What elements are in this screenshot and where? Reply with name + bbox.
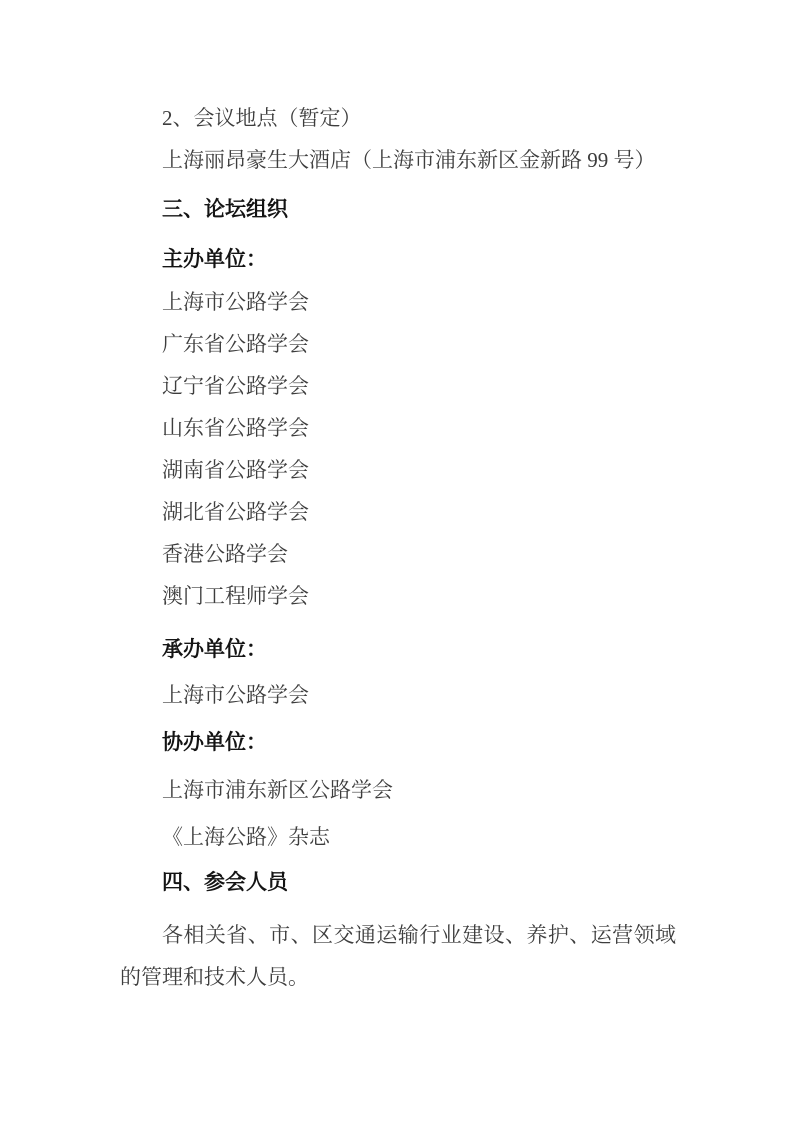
org-guangdong-highway-society: 广东省公路学会 bbox=[120, 323, 676, 365]
heading-participants: 四、参会人员 bbox=[120, 862, 676, 904]
org-organizer-shanghai-highway-society: 上海市公路学会 bbox=[120, 674, 676, 716]
org-shanghai-highway-society: 上海市公路学会 bbox=[120, 281, 676, 323]
org-liaoning-highway-society: 辽宁省公路学会 bbox=[120, 365, 676, 407]
org-macau-engineers-society: 澳门工程师学会 bbox=[120, 575, 676, 617]
org-hubei-highway-society: 湖北省公路学会 bbox=[120, 491, 676, 533]
para-venue-address: 上海丽昂豪生大酒店（上海市浦东新区金新路 99 号） bbox=[120, 139, 676, 181]
org-shandong-highway-society: 山东省公路学会 bbox=[120, 407, 676, 449]
heading-organizer-units: 承办单位： bbox=[120, 629, 676, 671]
org-shanghai-highway-magazine: 《上海公路》杂志 bbox=[120, 816, 676, 858]
para-meeting-location: 2、会议地点（暂定） bbox=[120, 97, 676, 139]
heading-co-organizer-units: 协办单位： bbox=[120, 722, 676, 764]
document-page: 2、会议地点（暂定） 上海丽昂豪生大酒店（上海市浦东新区金新路 99 号） 三、… bbox=[0, 0, 794, 1123]
document-content: 2、会议地点（暂定） 上海丽昂豪生大酒店（上海市浦东新区金新路 99 号） 三、… bbox=[120, 0, 676, 998]
org-hunan-highway-society: 湖南省公路学会 bbox=[120, 449, 676, 491]
org-pudong-highway-society: 上海市浦东新区公路学会 bbox=[120, 769, 676, 811]
heading-host-units: 主办单位： bbox=[120, 239, 676, 281]
org-hongkong-highway-society: 香港公路学会 bbox=[120, 533, 676, 575]
para-participants-description: 各相关省、市、区交通运输行业建设、养护、运营领域的管理和技术人员。 bbox=[120, 914, 676, 998]
heading-forum-organization: 三、论坛组织 bbox=[120, 189, 676, 231]
